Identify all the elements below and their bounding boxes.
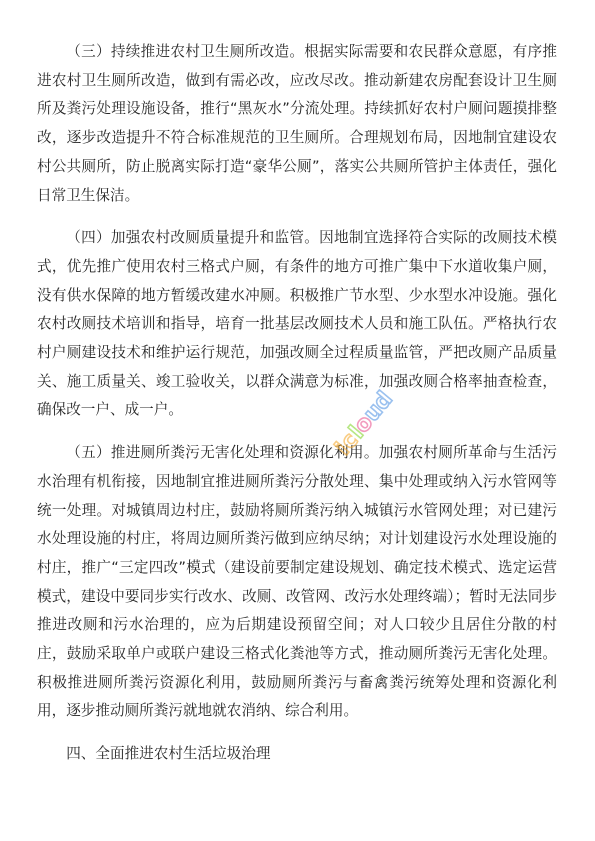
paragraph-toilet-quality-supervision: （四）加强农村改厕质量提升和监管。因地制宜选择符合实际的改厕技术模式，优先推广使… <box>37 224 557 425</box>
paragraph-fecal-waste-treatment: （五）推进厕所粪污无害化处理和资源化利用。加强农村厕所革命与生活污水治理有机衔接… <box>37 439 557 726</box>
section-heading-garbage-treatment: 四、全面推进农村生活垃圾治理 <box>37 740 557 769</box>
paragraph-rural-toilet-renovation: （三）持续推进农村卫生厕所改造。根据实际需要和农民群众意愿，有序推进农村卫生厕所… <box>37 38 557 210</box>
document-page: （三）持续推进农村卫生厕所改造。根据实际需要和农民群众意愿，有序推进农村卫生厕所… <box>37 38 557 769</box>
